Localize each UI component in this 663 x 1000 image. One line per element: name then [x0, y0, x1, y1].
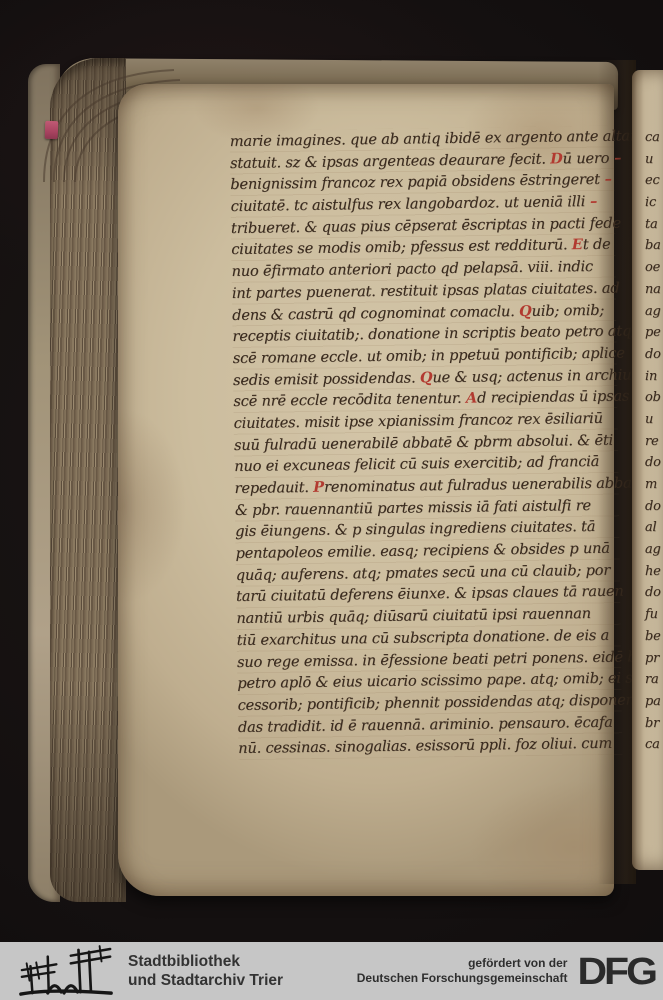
- facing-page-partial-line: u: [645, 409, 663, 431]
- library-name: Stadtbibliothek und Stadtarchiv Trier: [128, 952, 283, 990]
- facing-page-partial-line: oe: [645, 257, 663, 279]
- funding-credit: gefördert von der Deutschen Forschungsge…: [357, 956, 568, 986]
- facing-page-partial-line: re: [645, 431, 663, 453]
- facing-page-partial-line: be: [645, 626, 663, 648]
- facing-page-partial-line: ag: [645, 539, 663, 561]
- facing-page-partial-line: pr: [645, 648, 663, 670]
- verso-page: marie imagines. que ab antiq ibidē ex ar…: [118, 84, 614, 896]
- facing-page-partial-line: do: [645, 496, 663, 518]
- library-branding: Stadtbibliothek und Stadtarchiv Trier: [18, 942, 283, 1000]
- funding-line2: Deutschen Forschungsgemeinschaft: [357, 971, 568, 986]
- facing-page-partial-line: ag: [645, 301, 663, 323]
- funding-branding: gefördert von der Deutschen Forschungsge…: [357, 951, 655, 992]
- facing-page-partial-line: ta: [645, 214, 663, 236]
- bookmark-tab: [45, 121, 59, 139]
- library-name-line2: und Stadtarchiv Trier: [128, 971, 283, 990]
- facing-page-text-edge: cauecictabaoenaagpedoinoburedomdoalaghed…: [632, 70, 663, 756]
- facing-page-partial-line: ca: [645, 127, 663, 149]
- facing-page-partial-line: do: [645, 344, 663, 366]
- facing-page-partial-line: ca: [645, 734, 663, 756]
- facing-page-partial-line: pe: [645, 322, 663, 344]
- facing-page-partial-line: pa: [645, 691, 663, 713]
- facing-page-partial-line: do: [645, 452, 663, 474]
- dfg-logo: DFG: [577, 952, 655, 990]
- book-gutter-shadow: [598, 60, 636, 884]
- funding-line1: gefördert von der: [357, 956, 568, 971]
- digitized-manuscript-photo: marie imagines. que ab antiq ibidē ex ar…: [0, 0, 663, 1000]
- facing-page-partial-line: u: [645, 149, 663, 171]
- trier-bridge-logo: [18, 944, 114, 1000]
- facing-page-partial-line: m: [645, 474, 663, 496]
- facing-page-partial-line: br: [645, 713, 663, 735]
- facing-page-partial-line: in: [645, 366, 663, 388]
- facing-page-partial-line: ba: [645, 235, 663, 257]
- facing-page-partial-line: ec: [645, 170, 663, 192]
- manuscript-line: nū. cessinas. sinogalias. esissorū ppli.…: [238, 733, 622, 760]
- library-name-line1: Stadtbibliothek: [128, 952, 283, 971]
- facing-page-partial-line: fu: [645, 604, 663, 626]
- facing-page-sliver: cauecictabaoenaagpedoinoburedomdoalaghed…: [632, 70, 663, 870]
- footer-banner: Stadtbibliothek und Stadtarchiv Trier ge…: [0, 942, 663, 1000]
- facing-page-partial-line: ra: [645, 669, 663, 691]
- manuscript-text-block: marie imagines. que ab antiq ibidē ex ar…: [230, 126, 623, 760]
- facing-page-partial-line: al: [645, 517, 663, 539]
- facing-page-partial-line: he: [645, 561, 663, 583]
- facing-page-partial-line: na: [645, 279, 663, 301]
- facing-page-partial-line: ic: [645, 192, 663, 214]
- book-fore-edge-leaves: [50, 58, 126, 902]
- facing-page-partial-line: do: [645, 582, 663, 604]
- facing-page-partial-line: ob: [645, 387, 663, 409]
